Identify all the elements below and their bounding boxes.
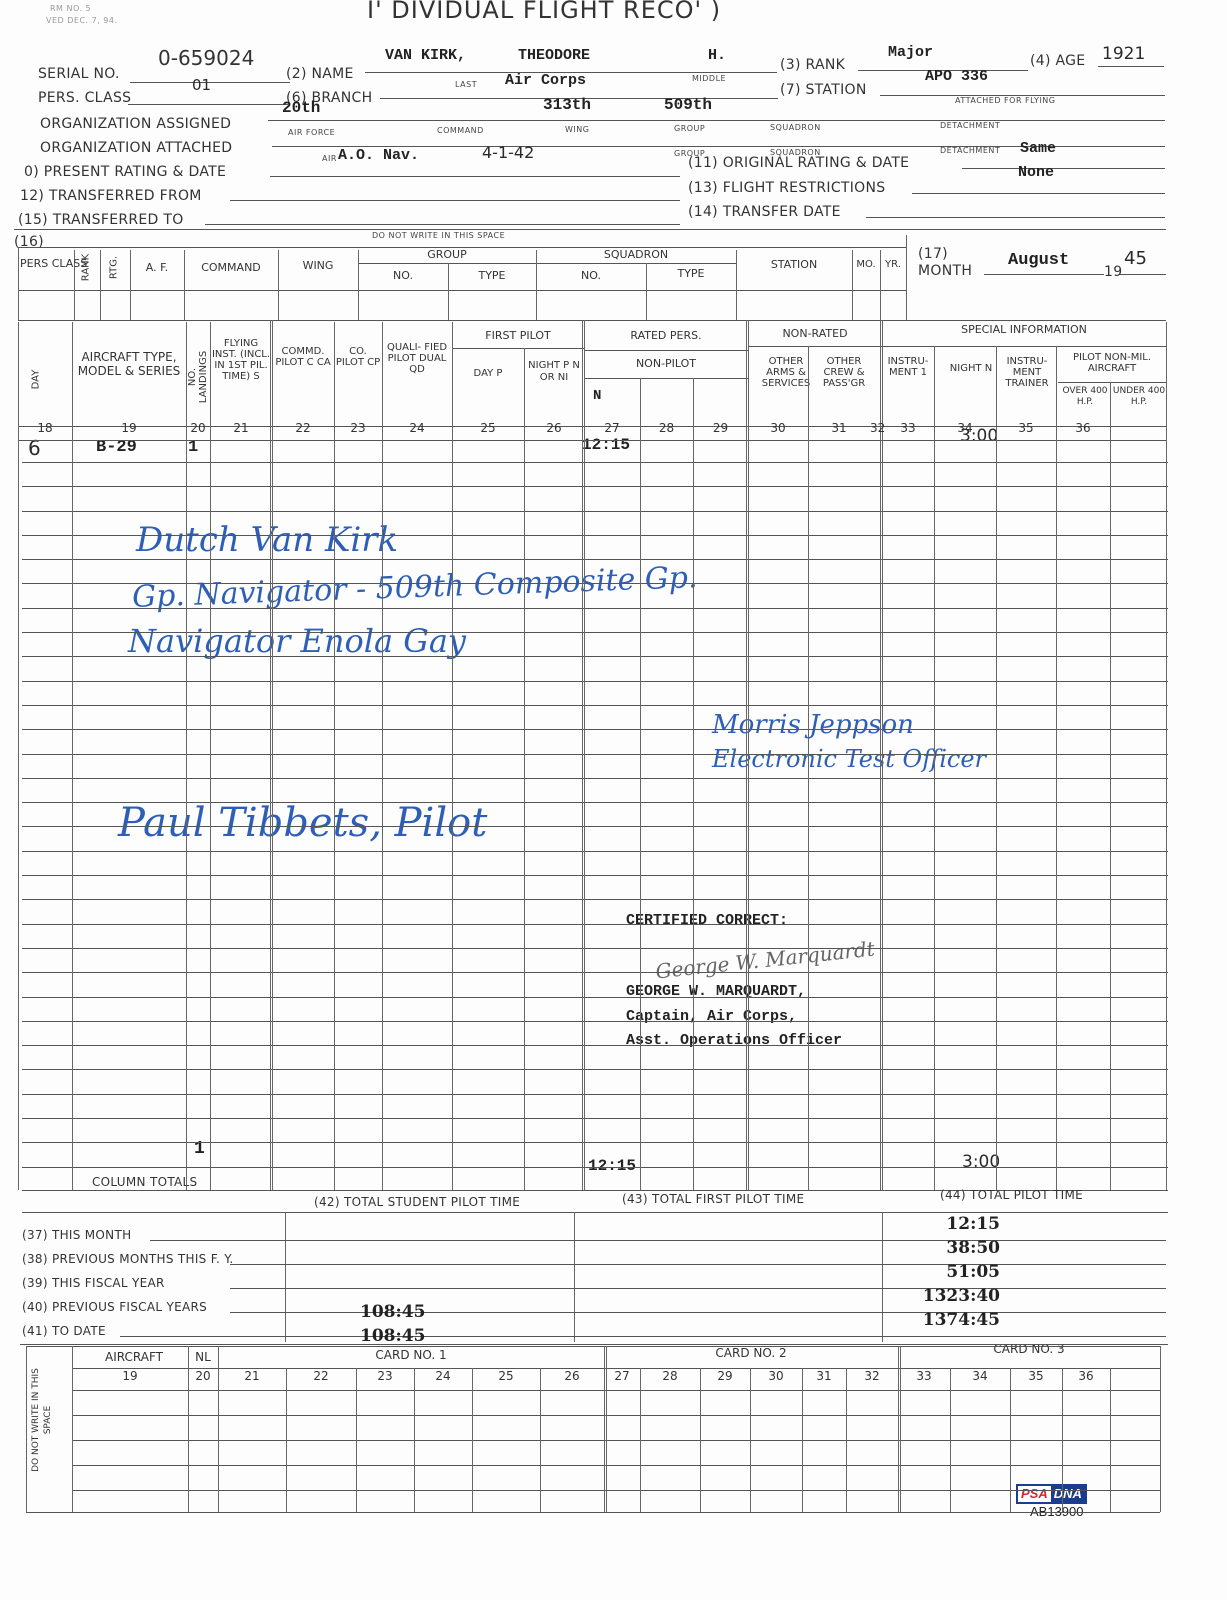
station-value: APO 336 — [925, 68, 988, 85]
caption-wing: WING — [565, 125, 589, 134]
last-caption: LAST — [455, 80, 477, 89]
grid-line — [26, 1346, 1160, 1347]
handwritten-van-kirk-title: Gp. Navigator - 509th Composite Gp. — [132, 560, 699, 615]
grid-line — [640, 378, 641, 1190]
s16-mo: MO. — [852, 259, 880, 271]
cards-aircraft-header: AIRCRAFT — [74, 1351, 194, 1363]
hdr-over-400: OVER 400 H.P. — [1060, 386, 1110, 408]
station-caption: ATTACHED FOR FLYING — [955, 96, 1055, 105]
grid-line — [230, 1264, 1166, 1265]
hdr-flying-inst: FLYING INST. (INCL. IN 1ST PIL. TIME) S — [210, 338, 272, 382]
rank-value: Major — [888, 44, 933, 61]
grid-line — [1056, 346, 1057, 1190]
card-column-number: 26 — [540, 1369, 604, 1383]
grid-line — [72, 322, 73, 1190]
grid-line — [472, 1368, 473, 1512]
hdr-special-info: SPECIAL INFORMATION — [882, 324, 1166, 336]
grid-line — [72, 1465, 1160, 1466]
grid-line — [286, 1368, 287, 1512]
grid-line — [18, 322, 19, 1190]
hdr-non-rated: NON-RATED — [748, 328, 882, 340]
hdr-night: NIGHT N — [946, 360, 996, 378]
hdr-non-pilot: NON-PILOT — [584, 358, 748, 370]
grid-line — [120, 1336, 1166, 1337]
form-number: RM NO. 5 — [50, 4, 91, 13]
summary-row-label: (39) THIS FISCAL YEAR — [22, 1276, 165, 1290]
grid-line — [582, 320, 585, 1190]
hdr-first-pilot: FIRST PILOT — [452, 330, 584, 342]
handwritten-van-kirk-name: Dutch Van Kirk — [136, 520, 398, 560]
s16-rtg: RTG. — [109, 253, 120, 283]
grid-line — [72, 1490, 1160, 1491]
card-column-number: 29 — [700, 1369, 750, 1383]
hdr-commd-pilot: COMMD. PILOT C CA — [272, 346, 334, 368]
grid-line — [524, 348, 525, 1190]
handwritten-van-kirk-role: Navigator Enola Gay — [128, 622, 466, 660]
summary-row-label: (37) THIS MONTH — [22, 1228, 131, 1242]
pers-class-value: 01 — [192, 76, 211, 94]
card-column-number: 22 — [286, 1369, 356, 1383]
psa-mark: PSA — [1018, 1486, 1051, 1502]
name-middle: H. — [708, 47, 726, 64]
column-number: 18 — [18, 421, 72, 435]
grid-line — [584, 350, 748, 351]
grid-line — [1058, 382, 1166, 383]
certifier-title-2: Asst. Operations Officer — [626, 1032, 842, 1049]
name-last: VAN KIRK, — [385, 47, 466, 64]
grid-line — [150, 1240, 1166, 1241]
s16-squadron-no: NO. — [536, 270, 646, 282]
s16-wing: WING — [278, 260, 358, 272]
org-assigned-wing: 313th — [543, 96, 591, 114]
summary-header-total: (44) TOTAL PILOT TIME — [940, 1188, 1083, 1202]
summary-total-time: 1323:40 — [912, 1286, 1000, 1306]
transferred-to-label: (15) TRANSFERRED TO — [18, 212, 184, 228]
grid-line — [802, 1368, 803, 1512]
certifier-title-1: Captain, Air Corps, — [626, 1008, 797, 1025]
column-number: 26 — [524, 421, 584, 435]
grid-line — [584, 378, 748, 379]
caption-air-force: AIR FORCE — [288, 128, 335, 137]
pers-class-label: PERS. CLASS — [38, 90, 131, 106]
branch-value: Air Corps — [505, 72, 586, 89]
hdr-instrument: INSTRU- MENT 1 — [882, 356, 934, 378]
grid-line — [18, 440, 1166, 441]
s16-squadron: SQUADRON — [536, 249, 736, 261]
grid-line — [356, 1368, 357, 1512]
column-number: 33 — [882, 421, 934, 435]
column-number: 20 — [186, 421, 210, 435]
grid-line — [452, 348, 584, 349]
original-rating-label: (11) ORIGINAL RATING & DATE — [688, 155, 909, 171]
column-number: 36 — [1056, 421, 1110, 435]
hdr-under-400: UNDER 400 H.P. — [1112, 386, 1166, 408]
grid-line — [414, 1368, 415, 1512]
grid-line — [26, 1346, 27, 1512]
psa-dna-logo: PSA DNA — [1016, 1484, 1087, 1504]
rank-label: (3) RANK — [780, 57, 845, 73]
column-number: 19 — [72, 421, 186, 435]
org-attached-value: Same — [1020, 140, 1056, 157]
s16-af: A. F. — [130, 262, 184, 274]
grid-line — [750, 1368, 751, 1512]
grid-line — [540, 1368, 541, 1512]
card-column-number: 21 — [218, 1369, 286, 1383]
caption-detachment: DETACHMENT — [940, 121, 1000, 130]
grid-line — [693, 378, 694, 1190]
handwritten-tibbets-signature: Paul Tibbets, Pilot — [118, 800, 487, 846]
flight-restrictions-value: None — [1018, 164, 1054, 181]
column-number: 23 — [334, 421, 382, 435]
column-number: 28 — [640, 421, 693, 435]
s16-squadron-type: TYPE — [646, 268, 736, 280]
grid-line — [882, 346, 1166, 347]
card-2-header: CARD NO. 2 — [604, 1347, 898, 1359]
column-number: 32 — [870, 421, 882, 435]
column-number: 34 — [934, 421, 996, 435]
grid-line — [808, 346, 809, 1190]
cards-do-not-write: DO NOT WRITE IN THIS SPACE — [30, 1360, 54, 1480]
grid-line — [1166, 322, 1167, 1190]
summary-total-time: 12:15 — [912, 1214, 1000, 1234]
column-number: 22 — [272, 421, 334, 435]
caption-group: GROUP — [674, 124, 705, 133]
column-number: 35 — [996, 421, 1056, 435]
total-non-pilot-n: 12:15 — [588, 1157, 636, 1175]
card-1-header: CARD NO. 1 — [218, 1349, 604, 1361]
hdr-other-crew: OTHER CREW & PASS'GR — [814, 356, 874, 389]
s16-pers-class: PERS CLASS — [20, 258, 72, 270]
year-value: 45 — [1124, 248, 1147, 269]
station-label: (7) STATION — [780, 82, 867, 98]
age-value: 1921 — [1102, 44, 1145, 64]
card-column-number: 30 — [750, 1369, 802, 1383]
name-label: (2) NAME — [286, 66, 354, 82]
org-assigned-label: ORGANIZATION ASSIGNED — [40, 116, 231, 132]
dna-mark: DNA — [1051, 1486, 1085, 1502]
transfer-date-label: (14) TRANSFER DATE — [688, 204, 841, 220]
grid-line — [934, 346, 935, 1190]
summary-row-label: (38) PREVIOUS MONTHS THIS F. Y. — [22, 1252, 234, 1266]
s16-group: GROUP — [358, 249, 536, 261]
month-value: August — [1008, 251, 1069, 270]
year-prefix: 19 — [1104, 264, 1122, 280]
column-number: 24 — [382, 421, 452, 435]
middle-caption: MIDDLE — [692, 74, 726, 83]
card-column-number: 27 — [604, 1369, 640, 1383]
org-assigned-group: 509th — [664, 96, 712, 114]
transferred-from-label: 12) TRANSFERRED FROM — [20, 188, 202, 204]
grid-line — [230, 1288, 1166, 1289]
card-column-number: 25 — [472, 1369, 540, 1383]
card-column-number: 31 — [802, 1369, 846, 1383]
s16-group-no: NO. — [358, 270, 448, 282]
card-column-number: 24 — [414, 1369, 472, 1383]
grid-line — [20, 1344, 1168, 1345]
card-column-number: 36 — [1062, 1369, 1110, 1383]
grid-line — [210, 322, 211, 1190]
s16-station: STATION — [736, 259, 852, 271]
card-column-number: 32 — [846, 1369, 898, 1383]
s16-yr: YR. — [880, 259, 906, 271]
grid-line — [72, 1415, 1160, 1416]
column-number: 31 — [808, 421, 870, 435]
hdr-fp-night: NIGHT P N OR NI — [524, 360, 584, 384]
column-number: 29 — [693, 421, 748, 435]
flight-restrictions-label: (13) FLIGHT RESTRICTIONS — [688, 180, 885, 196]
grid-line — [334, 322, 335, 1190]
grid-line — [748, 346, 882, 347]
hdr-aircraft: AIRCRAFT TYPE, MODEL & SERIES — [72, 350, 186, 378]
card-column-number: 34 — [950, 1369, 1010, 1383]
s16-command: COMMAND — [184, 262, 278, 274]
do-not-write-notice: DO NOT WRITE IN THIS SPACE — [372, 231, 505, 240]
column-number: 21 — [210, 421, 272, 435]
summary-total-time: 38:50 — [912, 1238, 1000, 1258]
serial-no-value: 0-659024 — [158, 46, 254, 70]
grid-line — [996, 346, 997, 1190]
card-column-number: 20 — [188, 1369, 218, 1383]
caption-command: COMMAND — [437, 126, 484, 135]
present-rating-value: A.O. Nav. — [338, 147, 419, 164]
summary-row-label: (41) TO DATE — [22, 1324, 106, 1338]
hdr-rated-pers: RATED PERS. — [584, 330, 748, 342]
summary-row-label: (40) PREVIOUS FISCAL YEARS — [22, 1300, 207, 1314]
org-attached-label: ORGANIZATION ATTACHED — [40, 140, 232, 156]
card-column-number: 23 — [356, 1369, 414, 1383]
grid-line — [1110, 1368, 1111, 1512]
total-night: 3:00 — [962, 1152, 1000, 1172]
card-column-number: 35 — [1010, 1369, 1062, 1383]
hdr-non-pilot-n: N — [593, 388, 601, 404]
grid-line — [72, 1440, 1160, 1441]
present-rating-date: 4-1-42 — [482, 143, 534, 162]
hdr-co-pilot: CO. PILOT CP — [334, 346, 382, 368]
summary-student-time: 108:45 — [360, 1302, 425, 1322]
summary-total-time: 1374:45 — [912, 1310, 1000, 1330]
column-number: 27 — [584, 421, 640, 435]
cards-nl-header: NL — [188, 1351, 218, 1363]
form-title: I' DIVIDUAL FLIGHT RECO' ) — [367, 0, 721, 24]
hdr-landings: NO. LANDINGS — [187, 341, 209, 413]
caption-detachment-2: DETACHMENT — [940, 146, 1000, 155]
hdr-pilot-non-mil: PILOT NON-MIL. AIRCRAFT — [1058, 352, 1166, 374]
card-column-number: 33 — [898, 1369, 950, 1383]
summary-total-time: 51:05 — [912, 1262, 1000, 1282]
grid-line — [1062, 1368, 1063, 1512]
grid-line — [950, 1368, 951, 1512]
handwritten-jeppson-title: Electronic Test Officer — [712, 745, 986, 773]
caption-squadron: SQUADRON — [770, 123, 821, 132]
present-rating-label: 0) PRESENT RATING & DATE — [24, 164, 226, 180]
grid-line — [846, 1368, 847, 1512]
form-revised: VED DEC. 7, 94. — [46, 16, 118, 25]
month-label: (17) MONTH — [918, 246, 988, 280]
hdr-instr-trainer: INSTRU- MENT TRAINER — [998, 356, 1056, 389]
serial-no-label: SERIAL NO. — [38, 66, 120, 82]
grid-line — [26, 1512, 1160, 1513]
grid-line — [382, 322, 383, 1190]
caption-air-2: AIR — [322, 154, 337, 163]
column-number: 25 — [452, 421, 524, 435]
grid-line — [700, 1368, 701, 1512]
grid-line — [1010, 1368, 1011, 1512]
card-column-number: 19 — [72, 1369, 188, 1383]
hdr-day: DAY — [31, 360, 42, 400]
row1-non-pilot-n: 12:15 — [582, 436, 630, 454]
marquardt-signature: George W. Marquardt — [654, 937, 875, 984]
age-label: (4) AGE — [1030, 53, 1085, 69]
summary-header-student: (42) TOTAL STUDENT PILOT TIME — [314, 1195, 520, 1209]
grid-line — [640, 1368, 641, 1512]
summary-student-time: 108:45 — [360, 1326, 425, 1346]
name-first: THEODORE — [518, 47, 590, 64]
column-totals-label: COLUMN TOTALS — [92, 1175, 197, 1189]
grid-line — [270, 320, 273, 1190]
grid-line — [880, 320, 883, 1190]
summary-header-first: (43) TOTAL FIRST PILOT TIME — [622, 1192, 804, 1206]
card-column-number: 28 — [640, 1369, 700, 1383]
org-assigned-air-force: 20th — [282, 99, 320, 117]
hdr-qualified: QUALI- FIED PILOT DUAL QD — [382, 342, 452, 375]
certified-correct-heading: CERTIFIED CORRECT: — [626, 912, 788, 929]
hdr-other-arms: OTHER ARMS & SERVICES — [756, 356, 816, 389]
grid-line — [746, 320, 749, 1190]
grid-line — [72, 1390, 1160, 1391]
grid-line — [452, 322, 453, 1190]
handwritten-jeppson-name: Morris Jeppson — [712, 710, 914, 740]
s16-group-type: TYPE — [448, 270, 536, 282]
column-number: 30 — [748, 421, 808, 435]
grid-line — [186, 322, 187, 1190]
grid-line — [1160, 1346, 1161, 1512]
hdr-fp-day: DAY P — [452, 368, 524, 380]
s16-rank: RANK — [81, 253, 92, 283]
grid-line — [1110, 382, 1111, 1190]
